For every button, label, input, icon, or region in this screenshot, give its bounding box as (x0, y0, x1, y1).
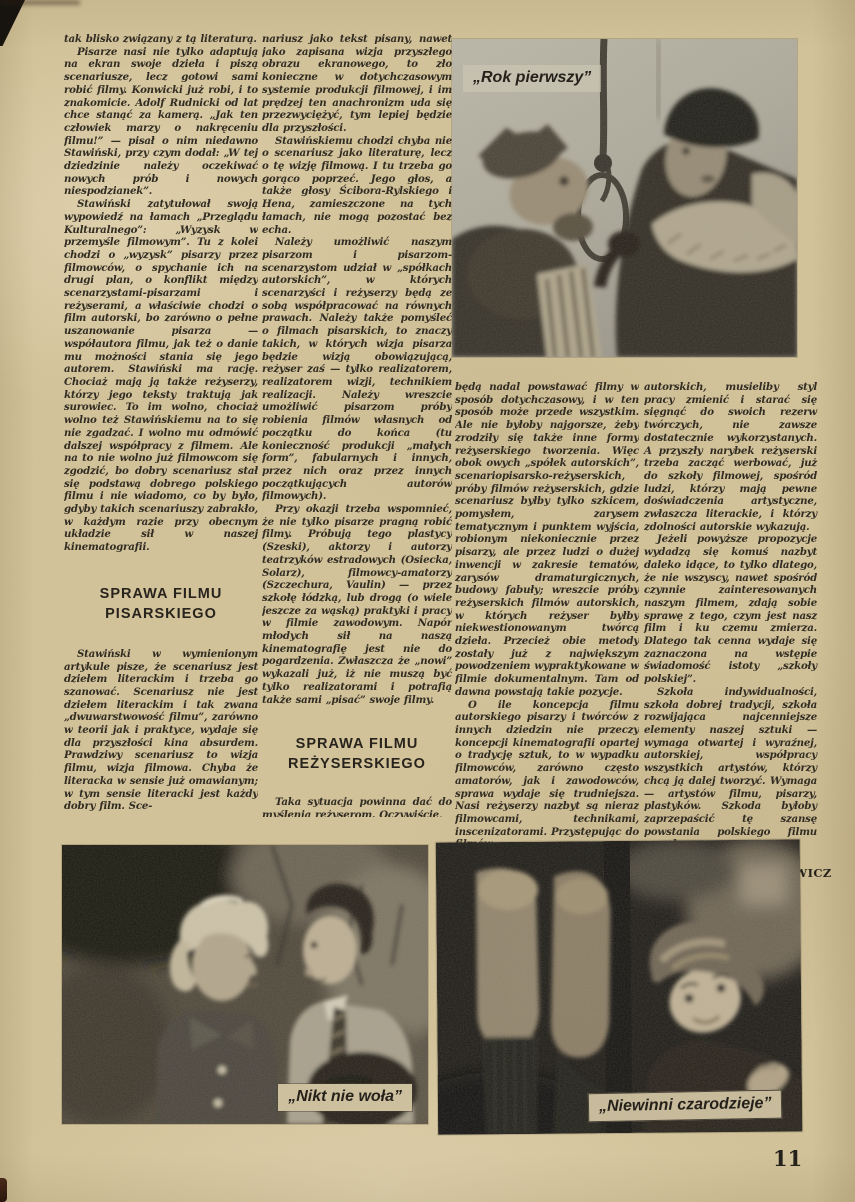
paragraph: O ile koncepcja filmu autorskiego pisarz… (455, 699, 639, 843)
photo-rok-pierwszy: „Rok pierwszy” (452, 39, 797, 357)
paragraph: Stawińskiemu chodzi chyba nie o scenariu… (262, 135, 452, 237)
paragraph: Stawiński zatytułował swoją wypowiedź na… (64, 198, 258, 554)
photo-nikt-nie-wola: „Nikt nie woła” (62, 845, 428, 1124)
paragraph: Należy umożliwić naszym pisarzom i pisar… (262, 236, 452, 503)
scan-edge-mark (0, 0, 80, 5)
paragraph: Przy okazji trzeba wspomnieć, że nie tyl… (262, 503, 452, 706)
paragraph: Szkoła indywidualności, szkoła dobrej tr… (644, 686, 817, 851)
paragraph: Pisarze nasi nie tylko adaptują na ekran… (64, 46, 258, 198)
magazine-page: tak blisko związany z tą literaturą. Pis… (0, 0, 855, 1202)
photo-niewinni-czarodzieje: „Niewinni czarodzieje” (436, 839, 803, 1134)
scan-corner-mark (0, 0, 25, 46)
paragraph: Stawiński w wymienionym artykule pisze, … (64, 648, 258, 813)
paragraph: będą nadal powstawać filmy w sposób doty… (455, 381, 639, 699)
paragraph: Taka sytuacja powinna dać do myślenia re… (262, 796, 452, 817)
caption-niewinni-czarodzieje: „Niewinni czarodzieje” (588, 1090, 783, 1123)
scan-edge-mark-bottom (0, 1178, 7, 1202)
photo-nikt-nie-wola-image (62, 845, 428, 1124)
caption-nikt-nie-wola: „Nikt nie woła” (278, 1084, 412, 1111)
paragraph: Jeżeli powyższe propozycje wydadzą się k… (644, 533, 817, 685)
paragraph: nariusz jako tekst pisany, nawet jako za… (262, 33, 452, 135)
section-heading-film-pisarski: SPRAWA FILMU PISARSKIEGO (64, 584, 258, 624)
page-number: 11 (773, 1146, 802, 1171)
text-column-3: będą nadal powstawać filmy w sposób doty… (455, 381, 639, 843)
paragraph: tak blisko związany z tą literaturą. (64, 33, 258, 46)
caption-rok-pierwszy: „Rok pierwszy” (463, 65, 601, 92)
paragraph: autorskich, musieliby styl pracy zmienić… (644, 381, 817, 533)
text-column-2: nariusz jako tekst pisany, nawet jako za… (262, 33, 452, 817)
text-column-4: autorskich, musieliby styl pracy zmienić… (644, 381, 817, 881)
text-column-1: tak blisko związany z tą literaturą. Pis… (64, 33, 258, 817)
section-heading-film-rezyserski: SPRAWA FILMU REŻYSERSKIEGO (262, 734, 452, 774)
